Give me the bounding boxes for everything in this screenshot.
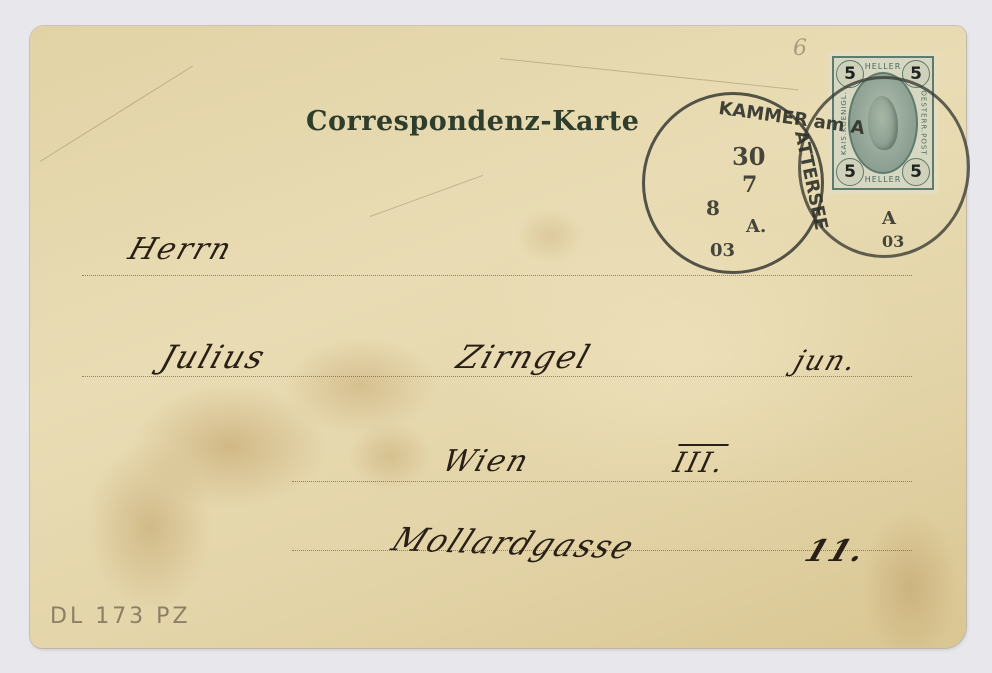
postmark-month: 7 [742, 172, 757, 198]
postmark-year: 03 [882, 232, 904, 251]
street-handwriting: Mollardgasse [386, 520, 642, 566]
address-line [292, 481, 912, 482]
house-number-handwriting: 11. [800, 534, 871, 569]
postcard: 6 Correspondenz-Karte Herrn Julius Zirng… [30, 26, 966, 648]
last-name-handwriting: Zirngel [452, 338, 596, 376]
postmark-attersee-ring [798, 76, 970, 258]
corner-pencil-mark: 6 [793, 36, 807, 61]
postmark-ampm: A [882, 208, 896, 229]
paper-crease [40, 66, 193, 162]
postmark-hour: 8 [706, 196, 720, 220]
city-handwriting: Wien [438, 444, 534, 479]
address-line [82, 275, 912, 276]
address-line [82, 376, 912, 377]
scan-background: 6 Correspondenz-Karte Herrn Julius Zirng… [0, 0, 992, 673]
postmark-day: 30 [732, 142, 765, 171]
printed-title: Correspondenz-Karte [306, 106, 639, 137]
postmark-year: 03 [710, 240, 735, 261]
district-handwriting: III. [670, 446, 728, 479]
salutation-handwriting: Herrn [124, 232, 237, 267]
first-name-handwriting: Julius [156, 338, 271, 376]
paper-crease [500, 58, 798, 90]
postmark-ampm: A. [746, 216, 766, 237]
paper-crease [370, 175, 483, 217]
name-suffix-handwriting: jun. [790, 344, 862, 377]
archive-number-pencil: DL 173 PZ [50, 604, 191, 629]
